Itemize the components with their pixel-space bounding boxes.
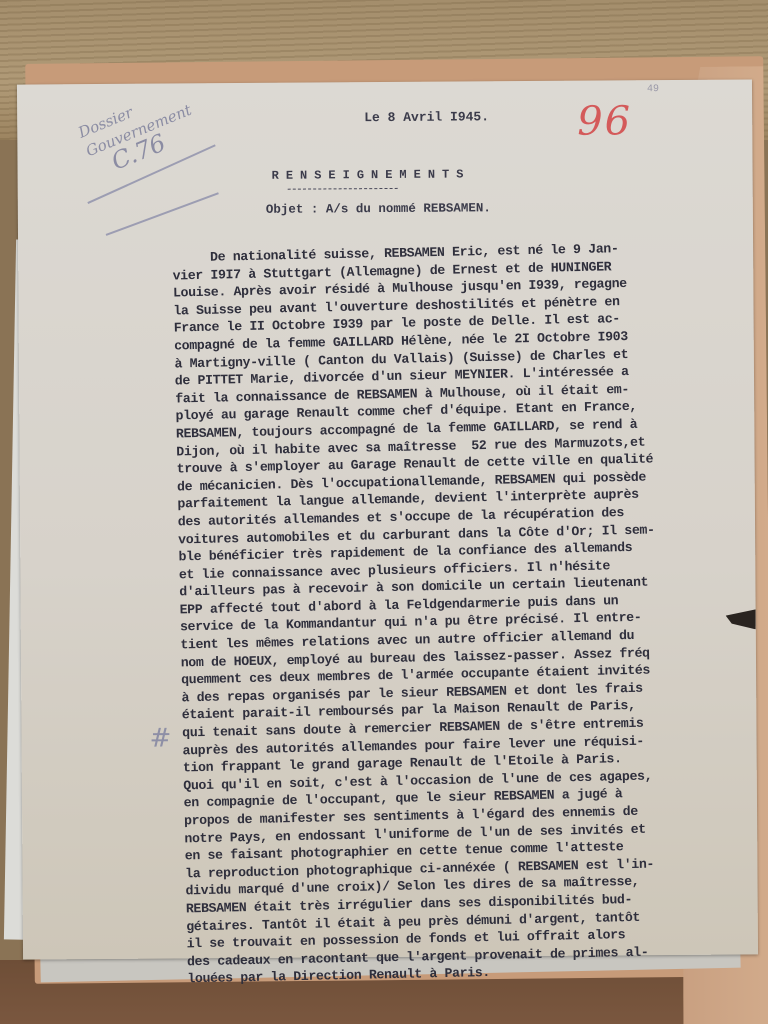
document-subject: Objet : A/s du nommé REBSAMEN. <box>266 201 491 217</box>
corner-pencil-mark: 49 <box>647 84 659 95</box>
handwritten-annotation: Dossier Gouvernement C.76 <box>75 67 237 180</box>
document-date: Le 8 Avril I945. <box>364 109 489 125</box>
pencil-underline-2 <box>106 192 219 236</box>
red-page-number: 96 <box>577 98 632 144</box>
document-body: De nationalité suisse, REBSAMEN Eric, es… <box>172 237 762 988</box>
title-underline <box>288 188 398 190</box>
margin-pencil-mark: # <box>149 724 171 754</box>
document-title: RENSEIGNEMENTS <box>272 167 471 182</box>
typewritten-page: 49 96 Dossier Gouvernement C.76 Le 8 Avr… <box>17 79 758 959</box>
